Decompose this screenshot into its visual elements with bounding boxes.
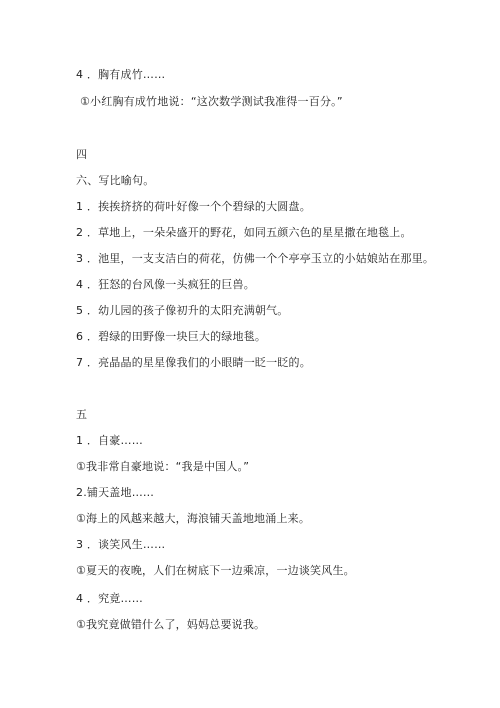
idiom-item-example: ①我非常自豪地说：“我是中国人。” — [76, 460, 249, 474]
idiom-item-title: 4 ．究竟…… — [76, 592, 143, 606]
answer-line: 2 ．草地上，一朵朵盛开的野花，如同五颜六色的星星撒在地毯上。 — [76, 226, 412, 240]
answer-line: 7 ．亮晶晶的星星像我们的小眼睛一眨一眨的。 — [76, 356, 311, 370]
answer-line: 6 ．碧绿的田野像一块巨大的绿地毯。 — [76, 330, 266, 344]
answer-line: 5 ．幼儿园的孩子像初升的太阳充满朝气。 — [76, 304, 289, 318]
idiom-item-title: 2.铺天盖地…… — [76, 486, 154, 500]
question-heading: 六、写比喻句。 — [76, 174, 154, 188]
answer-line: 4 ．狂怒的台风像一头疯狂的巨兽。 — [76, 278, 255, 292]
answer-line: 3 ．池里，一支支洁白的荷花，仿佛一个个亭亭玉立的小姑娘站在那里。 — [76, 252, 434, 266]
section-heading: 五 — [76, 408, 87, 422]
idiom-item-example: ①我究竟做错什么了，妈妈总要说我。 — [76, 618, 265, 632]
idiom-item-title: 4 ．胸有成竹…… — [76, 68, 165, 82]
section-heading: 四 — [76, 148, 87, 162]
idiom-item-title: 3 ．谈笑风生…… — [76, 538, 165, 552]
idiom-item-title: 1 ．自豪…… — [76, 434, 143, 448]
idiom-item-example: ①海上的风越来越大，海浪铺天盖地地涌上来。 — [76, 512, 310, 526]
idiom-item-example: ①小红胸有成竹地说：“这次数学测试我准得一百分。” — [80, 95, 343, 109]
idiom-item-example: ①夏天的夜晚，人们在树底下一边乘凉，一边谈笑风生。 — [76, 564, 355, 578]
answer-line: 1 ．挨挨挤挤的荷叶好像一个个碧绿的大圆盘。 — [76, 200, 311, 214]
